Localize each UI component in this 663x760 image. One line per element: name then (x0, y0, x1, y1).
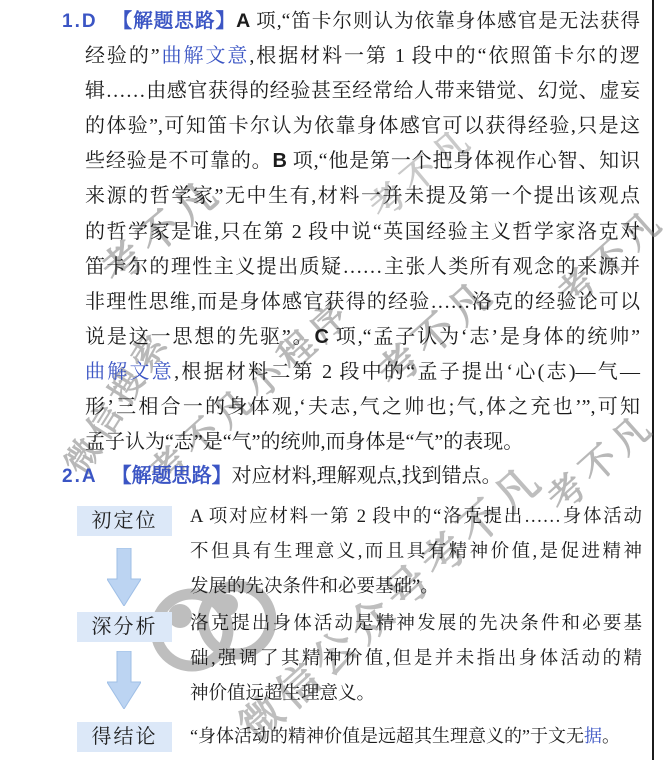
answer-number: 2.A (62, 466, 98, 487)
text-line: 发展的先决条件和必要基础”。 (190, 570, 642, 605)
text-line: 的体验”,可知笛卡尔认为依靠身体感官可以获得经验,只是这 (62, 109, 640, 144)
flow-step-label-locate: 初定位 (77, 506, 172, 536)
text-segment: 孟子认为“志”是“气”的统帅,而身体是“气”的表现。 (85, 431, 523, 453)
answer-1-explanation: 1.D【解题思路】A 项,“笛卡尔则认为依靠身体感官是无法获得经验的”曲解文意,… (62, 4, 640, 460)
text-line: 础,强调了其精神价值,但是并未指出身体活动的精 (190, 642, 642, 677)
text-line: 1.D【解题思路】A 项,“笛卡尔则认为依靠身体感官是无法获得 (62, 4, 640, 39)
text-segment: 说是这一思想的先驱”。 (85, 326, 314, 348)
text-segment: B (273, 150, 287, 172)
text-segment: 些经验是不可靠的。 (85, 150, 273, 172)
text-line: A 项对应材料一第 2 段中的“洛克提出……身体活动 (190, 500, 642, 535)
section-tag: 【解题思路】 (112, 465, 232, 487)
text-segment: 不但具有生理意义,而且具有精神价值,是促进精神 (190, 542, 642, 562)
flow-step-label-conclude: 得结论 (77, 722, 172, 752)
text-segment: 的哲学家是谁,只在第 2 段中说“英国经验主义哲学家洛克对 (85, 221, 640, 243)
text-segment: 。 (602, 726, 620, 746)
text-line: 神价值远超生理意义。 (190, 677, 642, 712)
highlighted-term: 曲解文意 (160, 45, 250, 67)
text-segment: 洛克提出身体活动是精神发展的先决条件和必要基 (190, 614, 642, 634)
flow-step-text-conclude: “身体活动的精神价值是远超其生理意义的”于文无据。 (190, 719, 642, 754)
down-arrow-icon (107, 548, 141, 606)
answer-number: 1.D (62, 11, 98, 32)
text-line: 不但具有生理意义,而且具有精神价值,是促进精神 (190, 535, 642, 570)
flow-step-text-locate: A 项对应材料一第 2 段中的“洛克提出……身体活动不但具有生理意义,而且具有精… (190, 500, 642, 605)
text-segment: 发展的先决条件和必要基础”。 (190, 577, 439, 597)
highlighted-term: 据 (584, 726, 602, 746)
answer-book-page: 考不凡考不凡微信搜索考不凡小程序考不凡考不凡考不凡微信公众号考不凡 1.D【解题… (0, 0, 663, 760)
text-line: 辑……由感官获得的经验甚至经常给人带来错觉、幻觉、虚妄 (62, 74, 640, 109)
section-tag: 【解题思路】 (112, 10, 237, 32)
text-line: 经验的”曲解文意,根据材料一第 1 段中的“依照笛卡尔的逻 (62, 39, 640, 74)
text-segment: 来源的哲学家”无中生有,材料一并未提及第一个提出该观点 (85, 185, 640, 207)
text-line: 洛克提出身体活动是精神发展的先决条件和必要基 (190, 607, 642, 642)
highlighted-term: 曲解文意 (85, 361, 174, 383)
text-line: 2.A【解题思路】对应材料,理解观点,找到错点。 (62, 459, 640, 494)
text-line: 来源的哲学家”无中生有,材料一并未提及第一个提出该观点 (62, 179, 640, 214)
text-line: 些经验是不可靠的。B 项,“他是第一个把身体视作心智、知识 (62, 144, 640, 179)
text-line: “身体活动的精神价值是远超其生理意义的”于文无据。 (190, 719, 642, 754)
text-line: 说是这一思想的先驱”。C 项,“孟子认为‘志’是身体的统帅” (62, 320, 640, 355)
text-segment: 项,“孟子认为‘志’是身体的统帅” (329, 326, 640, 348)
text-segment: 笛卡尔的理性主义提出质疑……主张人类所有观念的来源并 (85, 256, 640, 278)
text-segment: C (314, 326, 328, 348)
text-segment: 的体验”,可知笛卡尔认为依靠身体感官可以获得经验,只是这 (85, 115, 640, 137)
text-segment: 对应材料,理解观点,找到错点。 (232, 465, 502, 487)
text-segment: 项,“笛卡尔则认为依靠身体感官是无法获得 (250, 11, 640, 32)
text-line: 曲解文意,根据材料二第 2 段中的“孟子提出‘心(志)—气— (62, 355, 640, 390)
answer-2-explanation: 2.A【解题思路】对应材料,理解观点,找到错点。 (62, 459, 640, 494)
text-segment: 神价值远超生理意义。 (190, 684, 375, 704)
text-segment: ,根据材料二第 2 段中的“孟子提出‘心(志)—气— (174, 361, 640, 383)
text-segment: ,根据材料一第 1 段中的“依照笛卡尔的逻 (249, 45, 640, 67)
text-segment: 础,强调了其精神价值,但是并未指出身体活动的精 (190, 649, 642, 669)
page-content: 1.D【解题思路】A 项,“笛卡尔则认为依靠身体感官是无法获得经验的”曲解文意,… (0, 0, 663, 760)
text-segment: “身体活动的精神价值是远超其生理意义的”于文无 (190, 726, 584, 746)
text-segment: 经验的” (85, 45, 160, 67)
text-segment: 形’三相合一的身体观,‘夫志,气之帅也;气,体之充也’”,可知 (85, 396, 640, 418)
text-segment: 辑……由感官获得的经验甚至经常给人带来错觉、幻觉、虚妄 (85, 80, 640, 102)
text-segment: A (236, 10, 250, 32)
text-segment: 项,“他是第一个把身体视作心智、知识 (287, 150, 640, 172)
text-segment: 非理性思维,而是身体感官获得的经验……洛克的经验论可以 (85, 291, 640, 313)
flow-step-label-analyze: 深分析 (77, 612, 172, 642)
text-line: 形’三相合一的身体观,‘夫志,气之帅也;气,体之充也’”,可知 (62, 390, 640, 425)
flow-step-text-analyze: 洛克提出身体活动是精神发展的先决条件和必要基础,强调了其精神价值,但是并未指出身… (190, 607, 642, 712)
down-arrow-icon (107, 651, 141, 709)
text-segment: A 项对应材料一第 2 段中的“洛克提出……身体活动 (190, 507, 642, 527)
text-line: 非理性思维,而是身体感官获得的经验……洛克的经验论可以 (62, 285, 640, 320)
text-line: 笛卡尔的理性主义提出质疑……主张人类所有观念的来源并 (62, 250, 640, 285)
text-line: 孟子认为“志”是“气”的统帅,而身体是“气”的表现。 (62, 425, 640, 460)
text-line: 的哲学家是谁,只在第 2 段中说“英国经验主义哲学家洛克对 (62, 215, 640, 250)
